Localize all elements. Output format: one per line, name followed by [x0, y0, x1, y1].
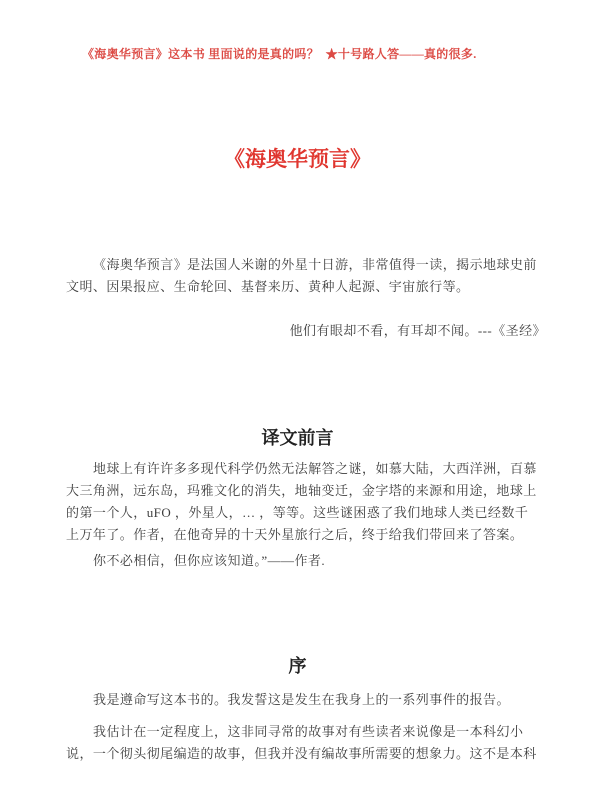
book-title: 《海奥华预言》 [0, 143, 595, 173]
bible-quote: 他们有眼却不看，有耳却不闻。---《圣经》 [60, 320, 546, 342]
text-line: 我是遵命写这本书的。我发誓这是发生在我身上的一系列事件的报告。 [66, 689, 538, 711]
text-line: 大三角洲，远东岛，玛雅文化的消失，地轴变迁，金字塔的来源和用途，地球上 [66, 480, 538, 502]
text-line: 上万年了。作者，在他奇异的十天外星旅行之后，终于给我们带回来了答案。 [66, 524, 538, 546]
text-line: 文明、因果报应、生命轮回、基督来历、黄种人起源、宇宙旅行等。 [66, 276, 538, 298]
paragraph-intro: 《海奥华预言》是法国人米谢的外星十日游，非常值得一读，揭示地球史前 文明、因果报… [66, 254, 538, 298]
heading-translator-preface: 译文前言 [0, 424, 595, 450]
text-line: 地球上有许许多多现代科学仍然无法解答之谜，如慕大陆，大西洋洲，百慕 [66, 458, 538, 480]
paragraph-believe: 你不必相信，但你应该知道。”——作者. [66, 550, 538, 572]
paragraph-mysteries: 地球上有许许多多现代科学仍然无法解答之谜，如慕大陆，大西洋洲，百慕 大三角洲，远… [66, 458, 538, 546]
text-line: 我估计在一定程度上，这非同寻常的故事对有些读者来说像是一本科幻小 [66, 721, 538, 743]
text-line: 说，一个彻头彻尾编造的故事，但我并没有编故事所需要的想象力。这不是本科 [66, 743, 538, 765]
header-note: 《海奥华预言》这本书 里面说的是真的吗？ ★十号路人答——真的很多. [82, 45, 477, 62]
text-line: 的第一个人，uFO ，外星人，… ，等等。这些谜困惑了我们地球人类已经数千 [66, 502, 538, 524]
heading-foreword: 序 [0, 652, 595, 678]
paragraph-oath: 我是遵命写这本书的。我发誓这是发生在我身上的一系列事件的报告。 [66, 689, 538, 711]
text-line: 《海奥华预言》是法国人米谢的外星十日游，非常值得一读，揭示地球史前 [66, 254, 538, 276]
paragraph-scifi: 我估计在一定程度上，这非同寻常的故事对有些读者来说像是一本科幻小 说，一个彻头彻… [66, 721, 538, 765]
document-page: 《海奥华预言》这本书 里面说的是真的吗？ ★十号路人答——真的很多. 《海奥华预… [0, 0, 595, 802]
text-line: 你不必相信，但你应该知道。”——作者. [66, 550, 538, 572]
